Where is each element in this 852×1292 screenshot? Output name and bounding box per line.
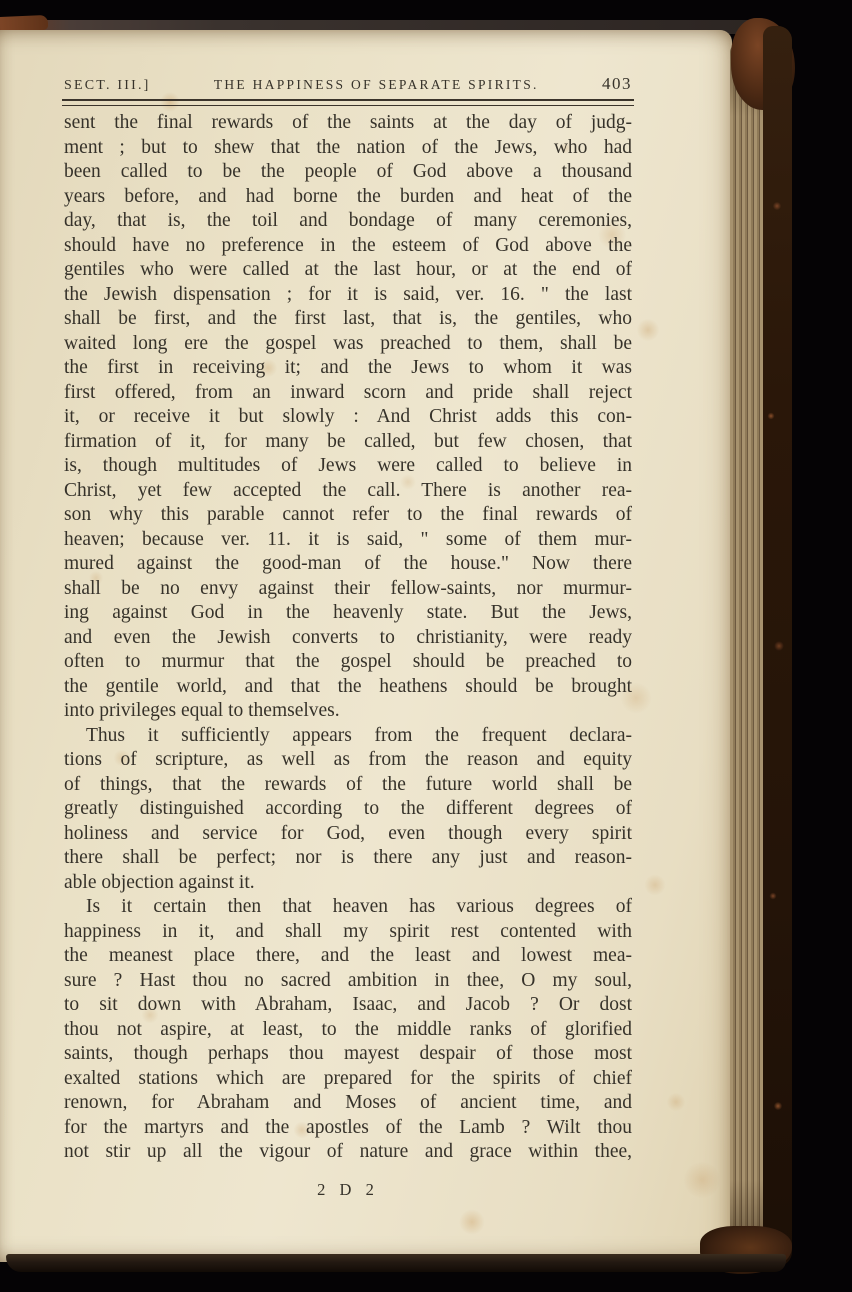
text-line: exalted stations which are prepared for … xyxy=(64,1067,632,1092)
text-line: waited long ere the gospel was preached … xyxy=(64,332,632,357)
text-line: to sit down with Abraham, Isaac, and Jac… xyxy=(64,993,632,1018)
text-line: there shall be perfect; nor is there any… xyxy=(64,846,632,871)
paragraph: Thus it sufficiently appears from the fr… xyxy=(64,724,632,896)
paragraph: sent the final rewards of the saints at … xyxy=(64,111,632,724)
text-line: heaven; because ver. 11. it is said, " s… xyxy=(64,528,632,553)
text-line: holiness and service for God, even thoug… xyxy=(64,822,632,847)
text-line: ing against God in the heavenly state. B… xyxy=(64,601,632,626)
text-line: not stir up all the vigour of nature and… xyxy=(64,1140,632,1165)
page-number: 403 xyxy=(602,74,632,94)
text-line: sure ? Hast thou no sacred ambition in t… xyxy=(64,969,632,994)
text-line: sent the final rewards of the saints at … xyxy=(64,111,632,136)
text-line: saints, though perhaps thou mayest despa… xyxy=(64,1042,632,1067)
book-bottom-edge xyxy=(6,1254,786,1272)
text-line: often to murmur that the gospel should b… xyxy=(64,650,632,675)
text-line: greatly distinguished according to the d… xyxy=(64,797,632,822)
text-line: thou not aspire, at least, to the middle… xyxy=(64,1018,632,1043)
text-line: years before, and had borne the burden a… xyxy=(64,185,632,210)
text-line: should have no preference in the esteem … xyxy=(64,234,632,259)
scanned-book-photo: SECT. III.] THE HAPPINESS OF SEPARATE SP… xyxy=(0,0,852,1292)
text-line: the meanest place there, and the least a… xyxy=(64,944,632,969)
page-header: SECT. III.] THE HAPPINESS OF SEPARATE SP… xyxy=(64,74,632,94)
text-line: is, though multitudes of Jews were calle… xyxy=(64,454,632,479)
text-line: Is it certain then that heaven has vario… xyxy=(64,895,632,920)
text-line: mured against the good-man of the house.… xyxy=(64,552,632,577)
text-line: the first in receiving it; and the Jews … xyxy=(64,356,632,381)
header-double-rule xyxy=(62,99,634,106)
section-label: SECT. III.] xyxy=(64,78,151,94)
text-line: Thus it sufficiently appears from the fr… xyxy=(64,724,632,749)
text-line: been called to be the people of God abov… xyxy=(64,160,632,185)
signature-mark: 2 D 2 xyxy=(64,1180,632,1200)
text-line: first offered, from an inward scorn and … xyxy=(64,381,632,406)
text-line: and even the Jewish converts to christia… xyxy=(64,626,632,651)
text-line: firmation of it, for many be called, but… xyxy=(64,430,632,455)
text-line: tions of scripture, as well as from the … xyxy=(64,748,632,773)
text-line: shall be first, and the first last, that… xyxy=(64,307,632,332)
text-line: day, that is, the toil and bondage of ma… xyxy=(64,209,632,234)
running-title: THE HAPPINESS OF SEPARATE SPIRITS. xyxy=(151,77,602,93)
cover-edge xyxy=(763,26,792,1266)
text-line: into privileges equal to themselves. xyxy=(64,699,632,724)
text-line: ment ; but to shew that the nation of th… xyxy=(64,136,632,161)
text-line: happiness in it, and shall my spirit res… xyxy=(64,920,632,945)
book-page: SECT. III.] THE HAPPINESS OF SEPARATE SP… xyxy=(0,30,732,1262)
text-line: shall be no envy against their fellow-sa… xyxy=(64,577,632,602)
text-line: renown, for Abraham and Moses of ancient… xyxy=(64,1091,632,1116)
text-line: of things, that the rewards of the futur… xyxy=(64,773,632,798)
text-line: Christ, yet few accepted the call. There… xyxy=(64,479,632,504)
text-line: for the martyrs and the apostles of the … xyxy=(64,1116,632,1141)
text-line: the Jewish dispensation ; for it is said… xyxy=(64,283,632,308)
paragraph: Is it certain then that heaven has vario… xyxy=(64,895,632,1165)
text-line: it, or receive it but slowly : And Chris… xyxy=(64,405,632,430)
text-line: gentiles who were called at the last hou… xyxy=(64,258,632,283)
text-line: able objection against it. xyxy=(64,871,632,896)
text-line: the gentile world, and that the heathens… xyxy=(64,675,632,700)
body-text: sent the final rewards of the saints at … xyxy=(64,111,632,1165)
text-line: son why this parable cannot refer to the… xyxy=(64,503,632,528)
